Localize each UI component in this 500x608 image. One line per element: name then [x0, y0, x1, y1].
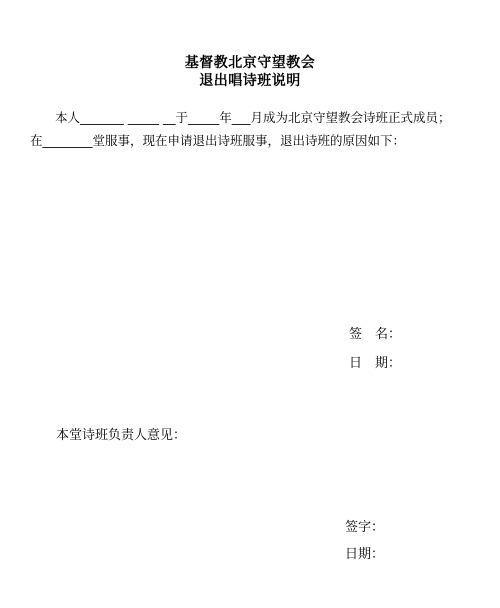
title-line-church-name: 基督教北京守望教会 — [0, 54, 500, 72]
document-page: 基督教北京守望教会 退出唱诗班说明 本人_______ _____ __于___… — [0, 0, 500, 608]
manager-date-label: 日期： — [345, 547, 384, 562]
member-signature-label: 签 名： — [349, 327, 401, 342]
title-line-form-name: 退出唱诗班说明 — [0, 72, 500, 90]
manager-opinion-heading: 本堂诗班负责人意见： — [56, 428, 186, 443]
manager-signature-label: 签字： — [345, 520, 384, 535]
member-date-label: 日 期： — [349, 356, 401, 371]
document-title: 基督教北京守望教会 退出唱诗班说明 — [0, 54, 500, 90]
intro-paragraph-line-2: 在________堂服事，现在申请退出诗班服事，退出诗班的原因如下： — [30, 133, 405, 149]
intro-paragraph-line-1: 本人_______ _____ __于_____年___月成为北京守望教会诗班正… — [55, 110, 450, 126]
